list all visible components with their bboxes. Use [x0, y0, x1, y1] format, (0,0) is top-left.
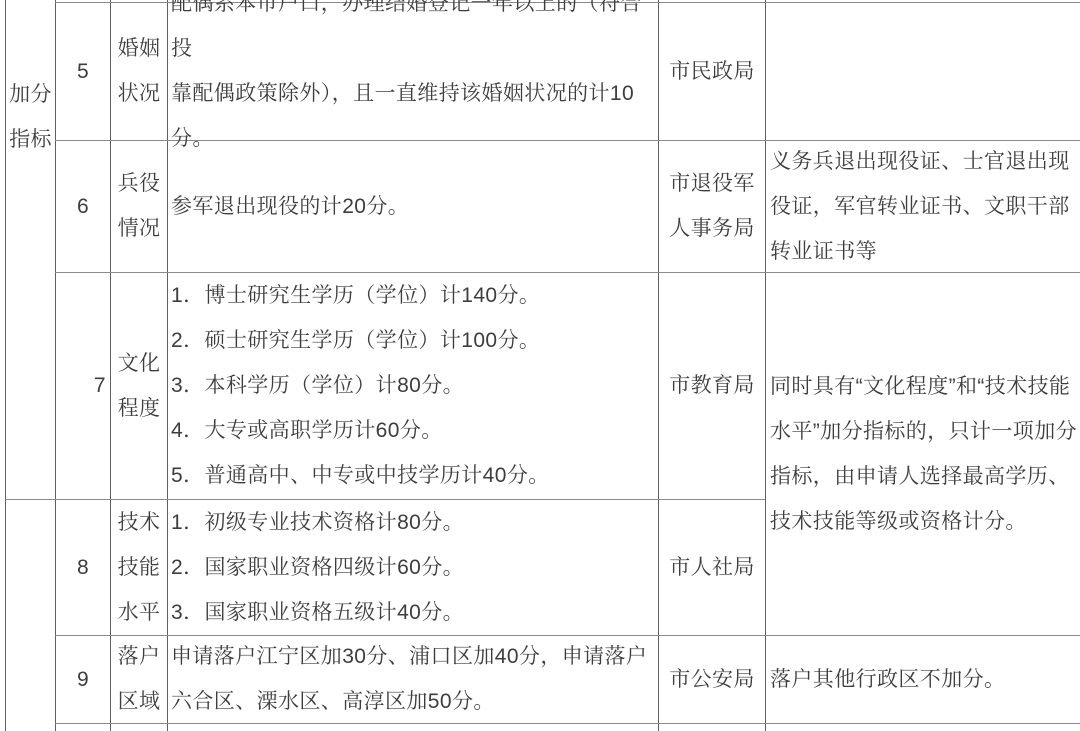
row-9-notes: 落户其他行政区不加分。	[766, 635, 1080, 723]
document-table-page: 加分 指标 5 婚姻 状况 配偶系本市户口，办理结婚登记一年以上的（符合投 靠配…	[0, 0, 1080, 731]
row-7-category: 文化 程度	[111, 272, 167, 499]
row-8-category: 技术 技能 水平	[111, 499, 167, 635]
row-8-number: 8	[56, 499, 110, 635]
row-8-description: 1．初级专业技术资格计80分。 2．国家职业资格四级计60分。 3．国家职业资格…	[168, 499, 658, 635]
row-8-department: 市人社局	[659, 499, 765, 635]
row-6-notes: 义务兵退出现役证、士官退出现 役证，军官转业证书、文职干部 转业证书等	[766, 140, 1080, 272]
row-6-department: 市退役军 人事务局	[659, 140, 765, 272]
row-9-description: 申请落户江宁区加30分、浦口区加40分，申请落户 六合区、溧水区、高淳区加50分…	[168, 635, 658, 723]
row-7-number: 7	[56, 272, 110, 499]
row-9-category: 落户 区域	[111, 635, 167, 723]
row-5-description: 配偶系本市户口，办理结婚登记一年以上的（符合投 靠配偶政策除外），且一直维持该婚…	[168, 2, 658, 140]
row-5-category: 婚姻 状况	[111, 2, 167, 140]
row-9-department: 市公安局	[659, 635, 765, 723]
row-5-department: 市民政局	[659, 2, 765, 140]
row-7-description: 1．博士研究生学历（学位）计140分。 2．硕士研究生学历（学位）计100分。 …	[168, 272, 658, 499]
row-9-number: 9	[56, 635, 110, 723]
group-label-bonus-indicators: 加分 指标	[6, 0, 55, 499]
row-6-description: 参军退出现役的计20分。	[168, 140, 658, 272]
row-5-number: 5	[56, 2, 110, 140]
row-7-department: 市教育局	[659, 272, 765, 499]
row-6-number: 6	[56, 140, 110, 272]
row-6-category: 兵役 情况	[111, 140, 167, 272]
row-5-notes	[766, 2, 1080, 140]
rows-7-8-notes-merged: 同时具有“文化程度”和“技术技能 水平”加分指标的，只计一项加分 指标，由申请人…	[766, 272, 1080, 635]
